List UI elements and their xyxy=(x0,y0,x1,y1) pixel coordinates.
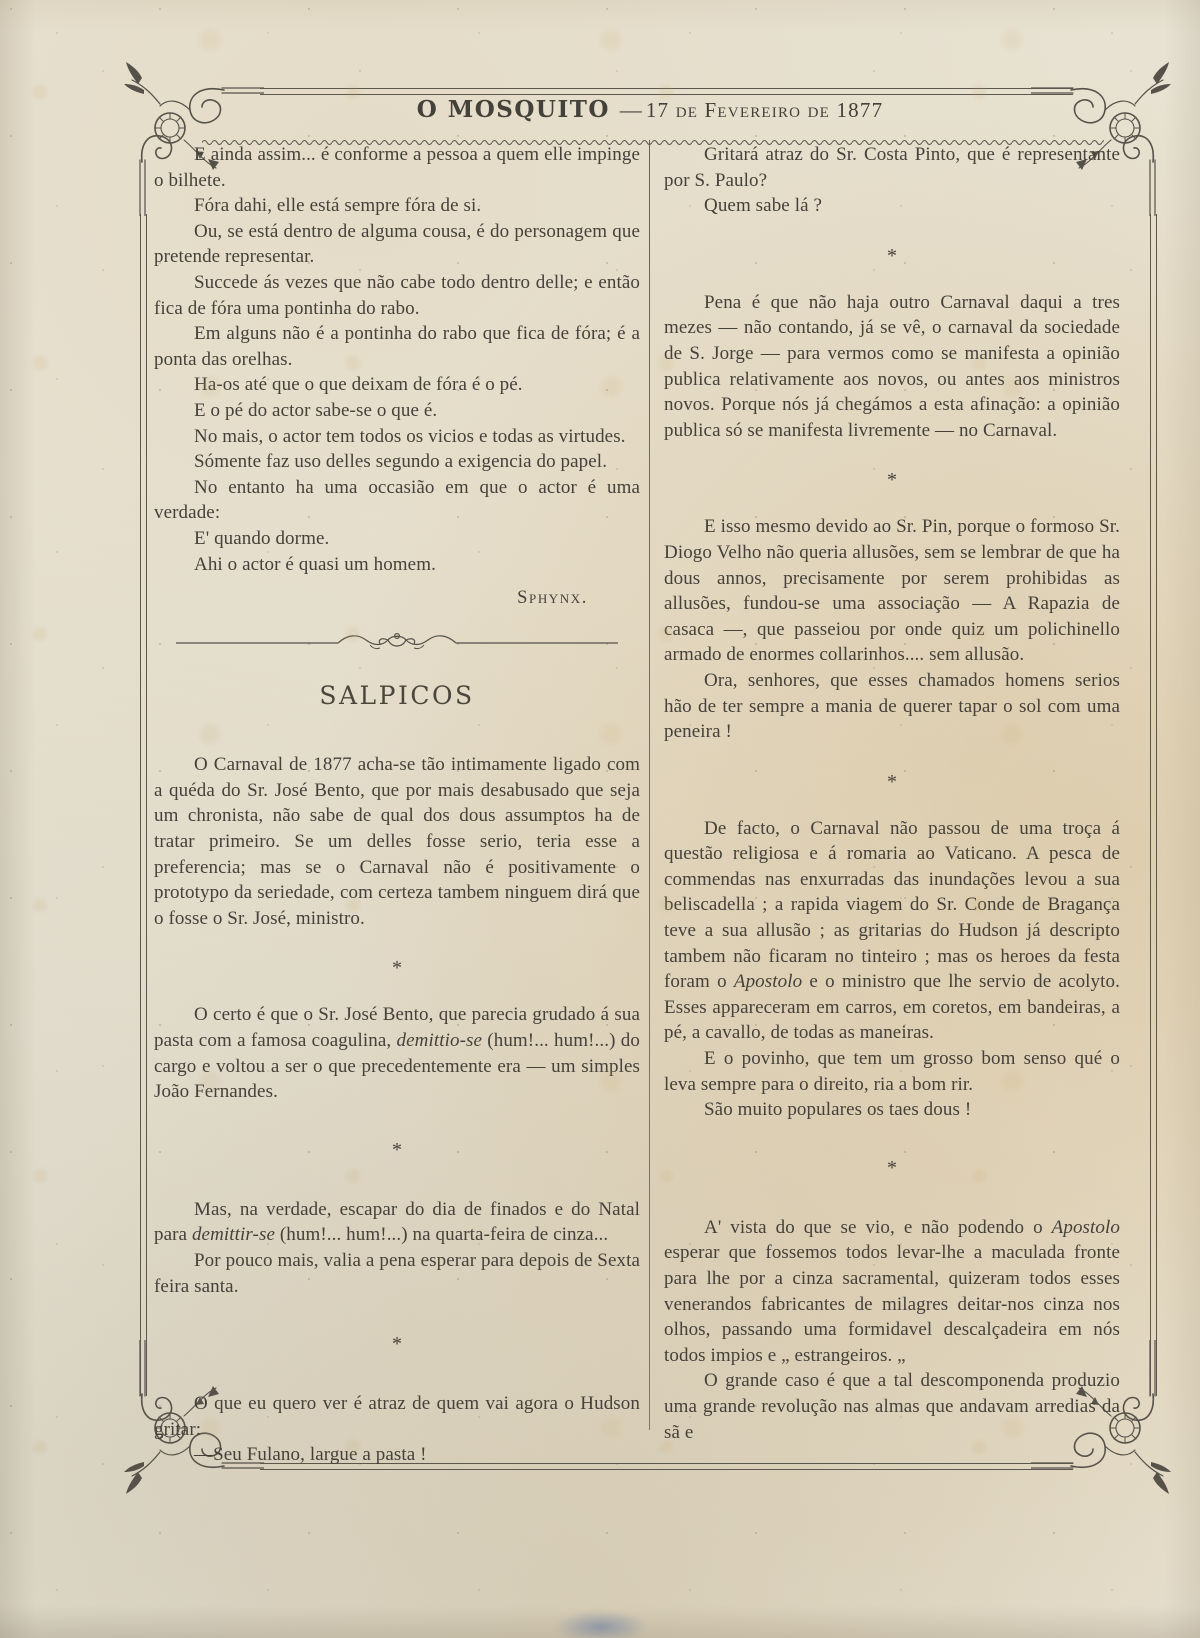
italic-term: Apostolo xyxy=(734,971,802,992)
paragraph: O que eu quero ver é atraz de quem vai a… xyxy=(154,1391,640,1442)
italic-term: Apostolo xyxy=(1052,1217,1120,1238)
asterisk-divider: * xyxy=(664,246,1120,266)
column-divider-rule xyxy=(649,140,650,1430)
asterisk-divider: * xyxy=(154,1334,640,1354)
paragraph: O grande caso é que a tal descomponenda … xyxy=(664,1368,1120,1445)
paragraph: E isso mesmo devido ao Sr. Pin, porque o… xyxy=(664,514,1120,668)
paragraph: No entanto ha uma occasião em que o acto… xyxy=(154,475,640,526)
frame-border-left xyxy=(140,214,147,1396)
paragraph: Ora, senhores, que esses chamados homens… xyxy=(664,668,1120,745)
paragraph: O certo é que o Sr. José Bento, que pare… xyxy=(154,1002,640,1104)
paragraph: Por pouco mais, valia a pena esperar par… xyxy=(154,1248,640,1299)
paragraph: Mas, na verdade, escapar do dia de finad… xyxy=(154,1197,640,1248)
paragraph: E' quando dorme. xyxy=(154,526,640,552)
author-signature: Sphynx. xyxy=(154,586,640,612)
paragraph: Pena é que não haja outro Carnaval daqui… xyxy=(664,290,1120,444)
paragraph: E ainda assim... é conforme a pessoa a q… xyxy=(154,142,640,193)
paragraph: Ahi o actor é quasi um homem. xyxy=(154,552,640,578)
masthead: O MOSQUITO—17 de Fevereiro de 1877 xyxy=(150,96,1150,123)
paragraph: Gritará atraz do Sr. Costa Pinto, que é … xyxy=(664,142,1120,193)
frame-border-right xyxy=(1150,214,1157,1396)
paragraph-text: De facto, o Carnaval não passou de uma t… xyxy=(664,818,1120,993)
paragraph: De facto, o Carnaval não passou de uma t… xyxy=(664,816,1120,1046)
newspaper-page: O MOSQUITO—17 de Fevereiro de 1877 E ain… xyxy=(0,0,1200,1638)
asterisk-divider: * xyxy=(664,772,1120,792)
italic-term: demittir-se xyxy=(192,1224,275,1245)
paragraph: E o pé do actor sabe-se o que é. xyxy=(154,398,640,424)
ink-smudge xyxy=(553,1610,649,1638)
paragraph: —Seu Fulano, largue a pasta ! xyxy=(154,1442,640,1468)
paragraph-text: esperar que fossemos todos levar-lhe a m… xyxy=(664,1242,1120,1365)
italic-term: demittio-se xyxy=(397,1030,483,1051)
paragraph-text: A' vista do que se vio, e não podendo o xyxy=(704,1217,1052,1238)
paragraph: A' vista do que se vio, e não podendo o … xyxy=(664,1215,1120,1369)
masthead-date: 17 de Fevereiro de 1877 xyxy=(646,98,883,122)
asterisk-divider: * xyxy=(664,470,1120,490)
asterisk-divider: * xyxy=(154,1140,640,1160)
paragraph: São muito populares os taes dous ! xyxy=(664,1097,1120,1123)
paragraph: Em alguns não é a pontinha do rabo que f… xyxy=(154,321,640,372)
masthead-title: O MOSQUITO xyxy=(417,96,610,123)
asterisk-divider: * xyxy=(154,958,640,978)
paragraph: Fóra dahi, elle está sempre fóra de si. xyxy=(154,193,640,219)
section-title: SALPICOS xyxy=(154,683,640,709)
paragraph: Succede ás vezes que não cabe todo dentr… xyxy=(154,270,640,321)
paragraph: Ha-os até que o que deixam de fóra é o p… xyxy=(154,372,640,398)
paragraph: No mais, o actor tem todos os vicios e t… xyxy=(154,424,640,450)
paragraph-text: (hum!... hum!...) na quarta-feira de cin… xyxy=(275,1224,608,1245)
paragraph: Quem sabe lá ? xyxy=(664,193,1120,219)
frame-border-top xyxy=(260,88,1073,95)
left-column: E ainda assim... é conforme a pessoa a q… xyxy=(154,142,640,1468)
right-column: Gritará atraz do Sr. Costa Pinto, que é … xyxy=(664,142,1120,1445)
paragraph: Sómente faz uso delles segundo a exigenc… xyxy=(154,449,640,475)
paragraph: O Carnaval de 1877 acha-se tão intimamen… xyxy=(154,752,640,931)
wavy-rule xyxy=(202,133,1104,141)
paragraph: E o povinho, que tem um grosso bom senso… xyxy=(664,1046,1120,1097)
masthead-separator: — xyxy=(610,97,646,122)
section-divider-flourish xyxy=(174,629,620,653)
asterisk-divider: * xyxy=(664,1158,1120,1178)
paragraph: Ou, se está dentro de alguma cousa, é do… xyxy=(154,219,640,270)
